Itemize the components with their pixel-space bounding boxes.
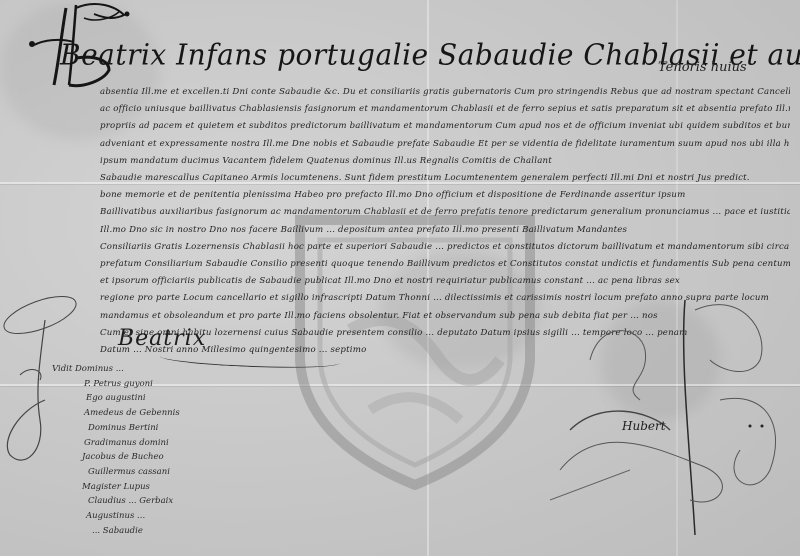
witness-name: Jacobus de Bucheo xyxy=(52,450,180,465)
body-line: adveniant et expressamente nostra Ill.me… xyxy=(100,136,790,153)
witness-name: ... Sabaudie xyxy=(52,524,180,539)
heading-tail: Tenoris huius xyxy=(658,60,747,75)
witness-name: Claudius ... Gerbaix xyxy=(52,494,180,509)
body-line: Baillivatibus auxiliaribus fasignorum ac… xyxy=(100,204,790,221)
witness-name: Augustinus ... xyxy=(52,509,180,524)
witness-name: Ego augustini xyxy=(52,391,180,406)
body-line: prefatum Consiliarium Sabaudie Consilio … xyxy=(100,256,790,273)
witness-name: Guillermus cassani xyxy=(52,465,180,480)
body-line: ac officio uniusque baillivatus Chablasi… xyxy=(100,101,790,118)
body-line: bone memorie et de penitentia plenissima… xyxy=(100,187,790,204)
signature-hubert: Hubert xyxy=(622,419,666,433)
witness-name: Dominus Bertini xyxy=(52,421,180,436)
manuscript-sheet: Beatrix Infans portugalie Sabaudie Chabl… xyxy=(0,0,800,556)
witness-name: Amedeus de Gebennis xyxy=(52,406,180,421)
witness-header: Vidit Dominus ... xyxy=(52,362,180,377)
body-line: Ill.mo Dno sic in nostro Dno nos facere … xyxy=(100,222,790,239)
body-line: et ipsorum officiariis publicatis de Sab… xyxy=(100,273,790,290)
body-line: Consiliariis Gratis Lozernensis Chablasi… xyxy=(100,239,790,256)
witness-name: Gradimanus domini xyxy=(52,436,180,451)
right-signature-flourish-icon xyxy=(540,300,800,556)
witness-list: Vidit Dominus ... P. Petrus guyoni Ego a… xyxy=(52,362,180,538)
body-line: propriis ad pacem et quietem et subditos… xyxy=(100,118,790,135)
body-line: absentia Ill.me et excellen.ti Dni conte… xyxy=(100,84,790,101)
witness-name: P. Petrus guyoni xyxy=(52,377,180,392)
body-line: ipsum mandatum ducimus Vacantem fidelem … xyxy=(100,153,790,170)
body-line: Sabaudie marescallus Capitaneo Armis loc… xyxy=(100,170,790,187)
witness-name: Magister Lupus xyxy=(52,480,180,495)
